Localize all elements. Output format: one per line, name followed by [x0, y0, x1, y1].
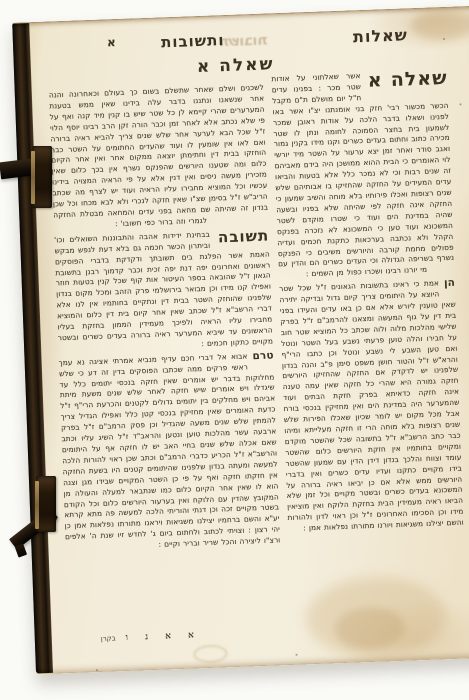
continuation-text: לשכנים ושלם שאחר שתשלם בשום כך בעולם וכא…	[49, 83, 269, 228]
clasp-brass-edge	[35, 481, 39, 529]
clasp-brass-edge	[31, 151, 35, 204]
answer-body-text: אשר הפלגת בים תשובתך ודקדקת בדברי הפוסקי…	[55, 250, 273, 348]
catchword: בקרן	[101, 634, 116, 643]
question-lead-heading: שאלה א	[367, 68, 448, 92]
clasp-top-plate	[32, 146, 52, 208]
foxing-stain	[410, 9, 469, 41]
clasp-hook	[15, 543, 28, 557]
question-paragraph: שאלה א אשר שאלתוני על אודות שטר מכר : בפ…	[271, 68, 454, 282]
question-body-text: בני אומנתנו יצ"ו אשר באו לפנינו ושאלו בד…	[272, 104, 454, 279]
paragraph-lead-word: הן	[444, 278, 455, 289]
quire-signature: א א נ ו	[125, 629, 201, 643]
running-header-right: שאלות	[353, 25, 409, 46]
answer-body-text: אבוא אל דברי חכם עדיף מנביא אמרתי אציגה …	[59, 351, 281, 549]
section-heading: שאלה א	[197, 54, 275, 77]
signature-row: א א נ ו בקרן	[101, 629, 201, 644]
paragraph-lead-word: טרם	[252, 350, 274, 362]
water-ring-stain	[193, 644, 228, 663]
question-body-text: אמת כי ראינו בתשובות הגאונים ז"ל שכל שטר…	[279, 279, 464, 533]
ink-speck	[459, 103, 461, 105]
book-page: שאלות תשובות ותשובות א שאלה א שאלה א אשר…	[12, 6, 469, 675]
page-number: א	[107, 35, 117, 49]
ink-speck	[443, 38, 445, 40]
show-through-text: תשובות	[219, 32, 267, 50]
ink-speck	[296, 654, 298, 656]
column-right: שאלה א אשר שאלתוני על אודות שטר מכר : בפ…	[271, 68, 467, 632]
continuation-paragraph: לשכנים ושלם שאחר שתשלם בשום כך בעולם וכא…	[49, 83, 269, 233]
answer-heading: תשובה	[218, 227, 270, 246]
book-photograph: שאלות תשובות ותשובות א שאלה א שאלה א אשר…	[0, 0, 469, 700]
answer-paragraph: טרם אבוא אל דברי חכם עדיף מנביא אמרתי אצ…	[59, 350, 281, 554]
clasp-bottom-plate	[36, 476, 56, 532]
running-header-left: ותשובות	[161, 31, 225, 51]
answer-paragraph: תשובה בבחינת ידידות אהבה והתבוננות השואל…	[54, 227, 273, 355]
column-left: לשכנים ושלם שאחר שתשלם בשום כך בעולם וכא…	[49, 83, 284, 631]
binding-spine-edge	[12, 23, 53, 673]
question-paragraph: הן אמת כי ראינו בתשובות הגאונים ז"ל שכל …	[279, 278, 464, 535]
ink-speck	[96, 669, 98, 671]
